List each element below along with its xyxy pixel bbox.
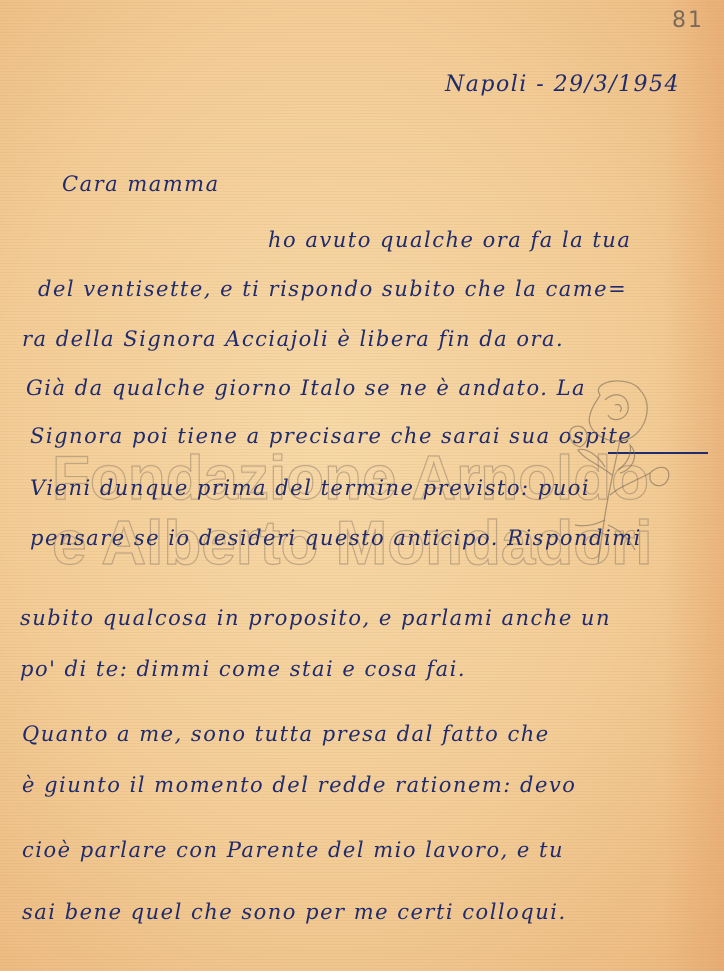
letter-page: 81 Napoli - 29/3/1954 Cara mamma ho avut… — [0, 0, 724, 971]
letter-line-2: del ventisette, e ti rispondo subito che… — [38, 277, 627, 301]
archive-page-number: 81 — [672, 8, 704, 33]
letter-line-1: ho avuto qualche ora fa la tua — [268, 228, 631, 252]
letter-line-4: Già da qualche giorno Italo se ne è anda… — [26, 376, 586, 400]
letter-line-10: Quanto a me, sono tutta presa dal fatto … — [22, 722, 550, 746]
place-date: Napoli - 29/3/1954 — [445, 72, 680, 97]
letter-line-9: po' di te: dimmi come stai e cosa fai. — [20, 657, 466, 681]
letter-line-7: pensare se io desideri questo anticipo. … — [30, 526, 642, 550]
letter-line-8: subito qualcosa in proposito, e parlami … — [20, 606, 611, 630]
letter-line-12: cioè parlare con Parente del mio lavoro,… — [22, 838, 564, 862]
letter-line-11: è giunto il momento del redde rationem: … — [22, 773, 576, 797]
letter-line-13: sai bene quel che sono per me certi coll… — [22, 900, 567, 924]
salutation: Cara mamma — [62, 172, 220, 196]
letter-line-3: ra della Signora Acciajoli è libera fin … — [22, 327, 564, 351]
letter-line-6: Vieni dunque prima del termine previsto:… — [30, 476, 590, 500]
